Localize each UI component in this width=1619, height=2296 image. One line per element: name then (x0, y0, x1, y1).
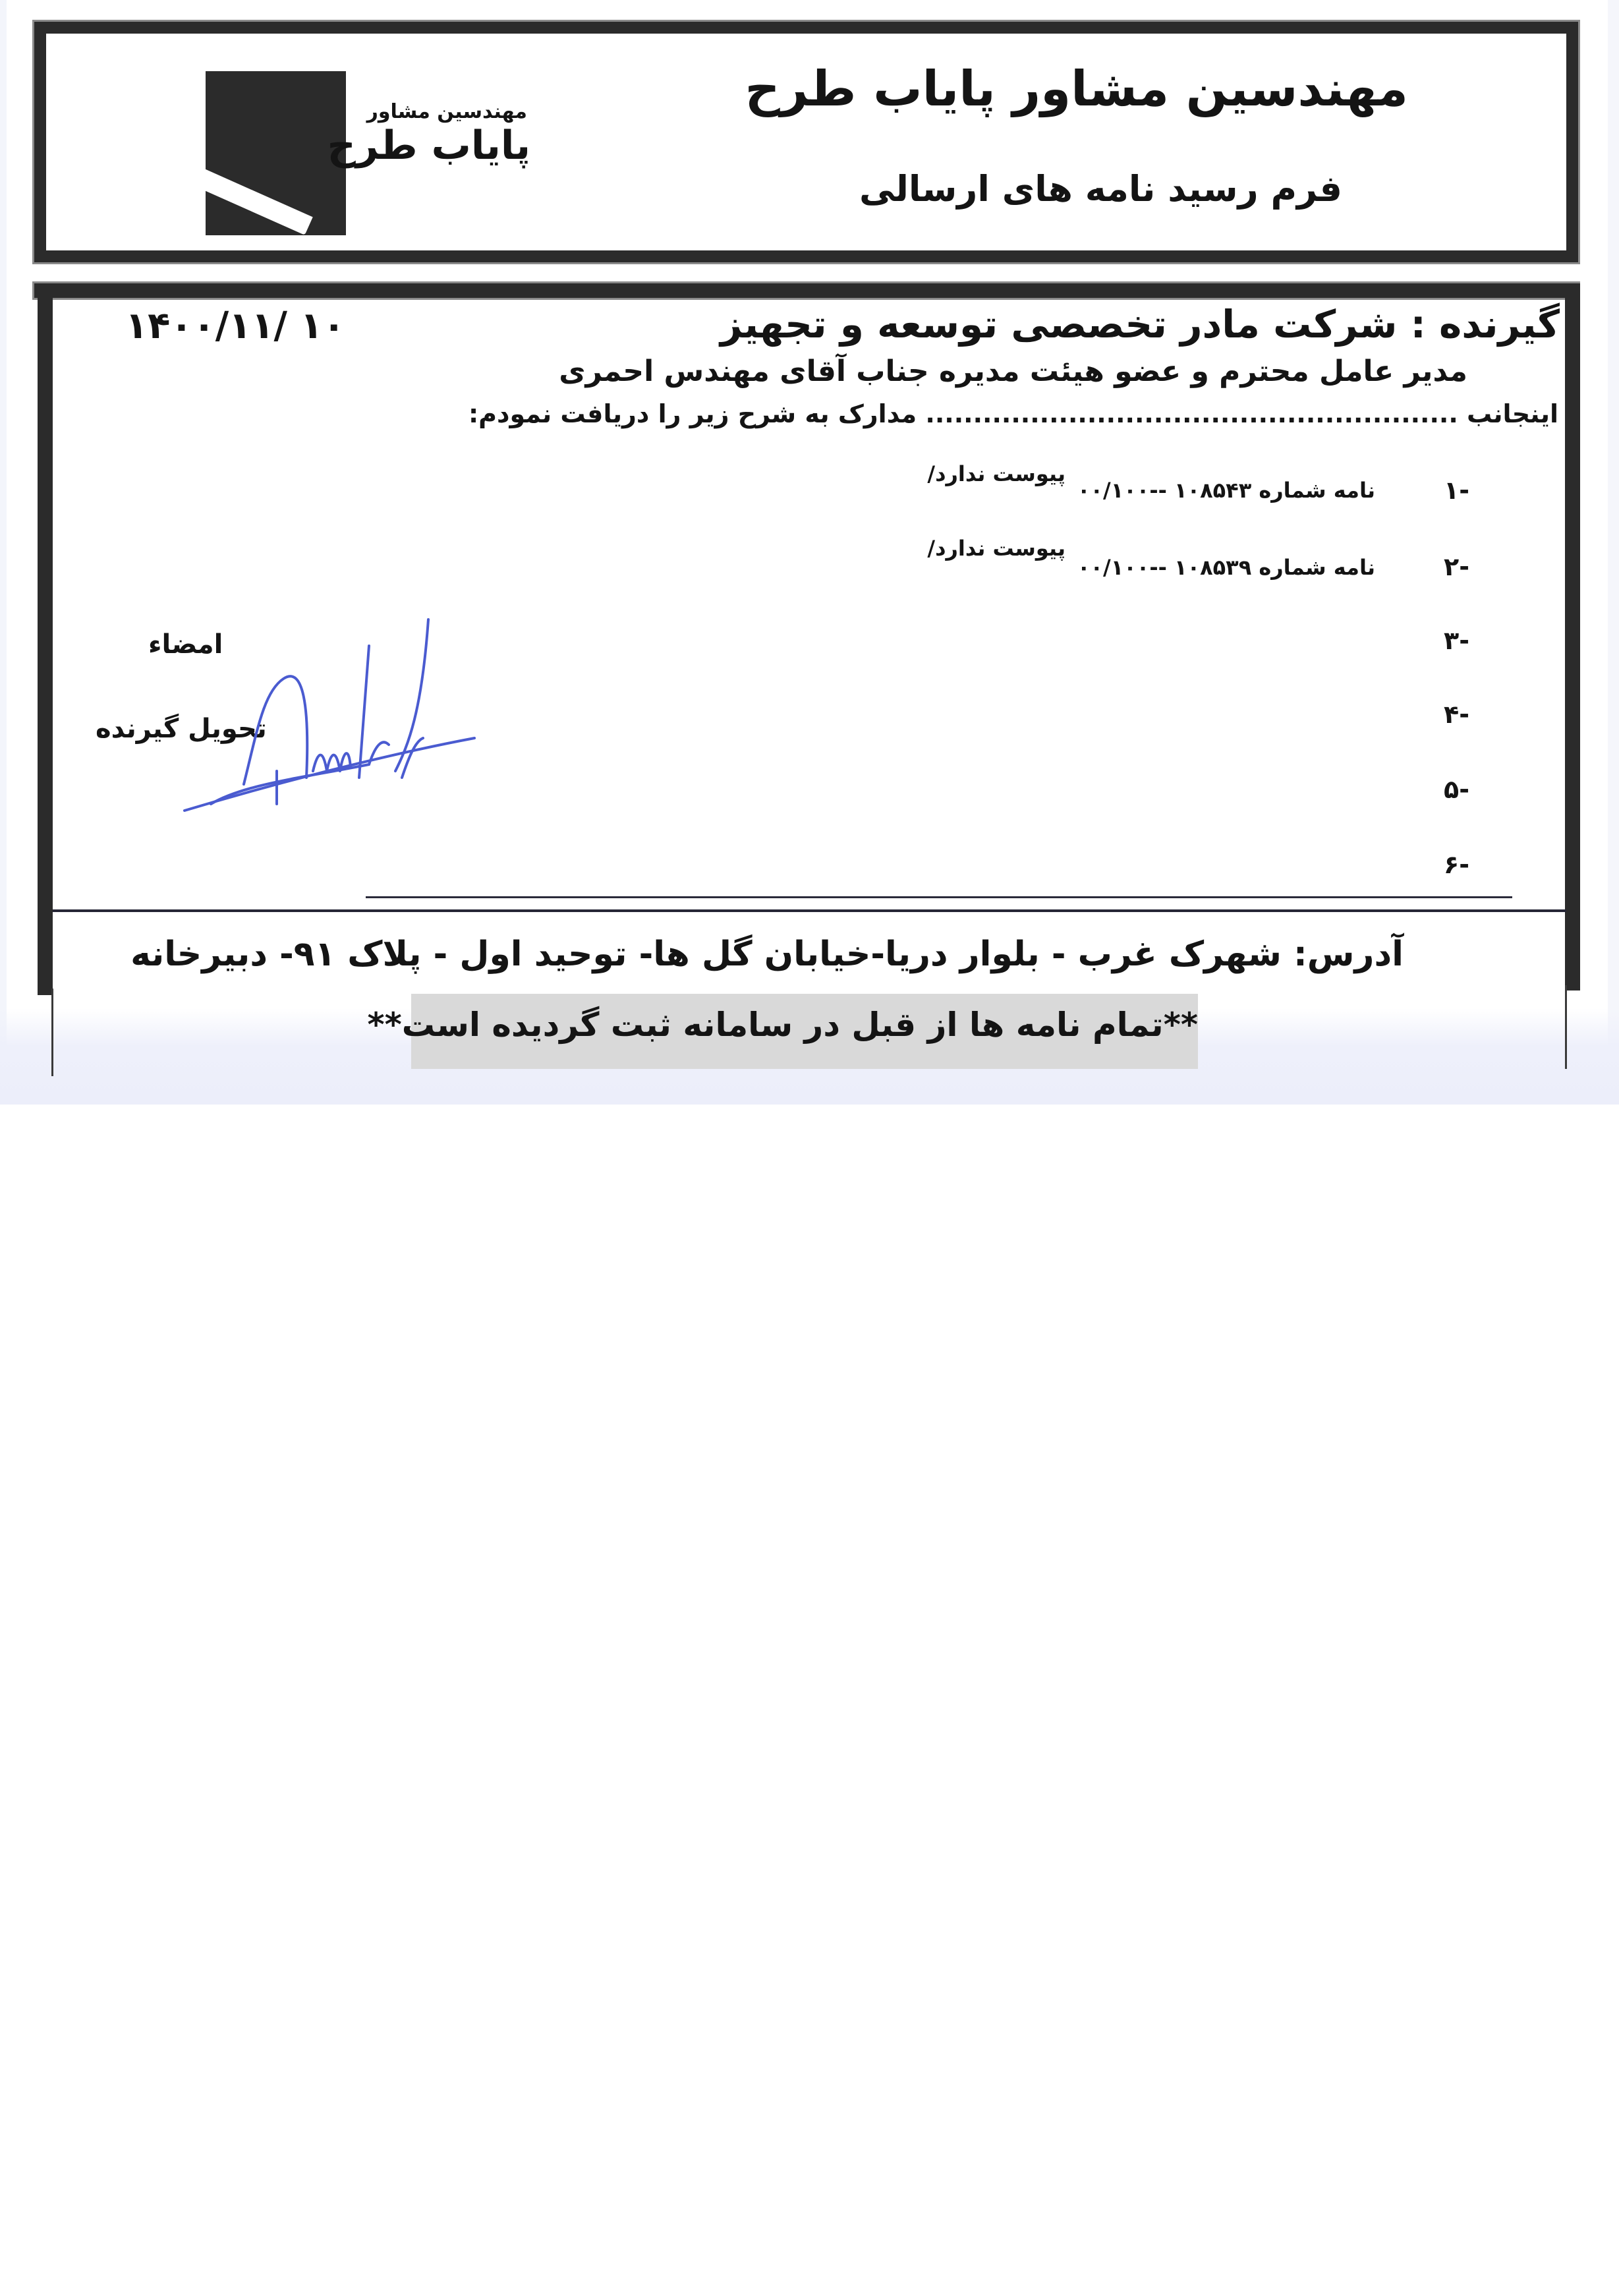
address: آدرس: شهرک غرب - بلوار دریا-خیابان گل ها… (211, 934, 1404, 974)
item-number: -۲ (1430, 552, 1469, 581)
footer-divider (53, 909, 1566, 912)
body-frame-left (38, 283, 53, 995)
logo-text-large: پایاب طرح (366, 123, 530, 169)
receipt-statement: اینجانب ................................… (469, 399, 1558, 428)
item-letter: نامه شماره ۱۰۸۵۳۹ --۰۰/۱۰۰ (1077, 555, 1375, 580)
item-attachment: پیوست ندارد/ (927, 536, 1065, 561)
logo-stripe (206, 163, 313, 235)
item-number: -۱ (1430, 476, 1469, 505)
body-frame-left-thin (51, 989, 53, 1076)
items-underline (366, 896, 1512, 898)
form-title: فرم رسید نامه های ارسالی (934, 168, 1342, 210)
body-frame-right (1565, 283, 1580, 990)
item-number: -۴ (1430, 700, 1469, 729)
scan-edge-left (0, 0, 7, 1105)
handwritten-signature-icon (171, 613, 481, 830)
date: ۱۴۰۰/۱۱/ ۱۰ (125, 304, 345, 347)
recipient: گیرنده : شرکت مادر تخصصی توسعه و تجهیز (720, 302, 1560, 347)
item-number: -۶ (1430, 850, 1469, 879)
notice-text: **تمام نامه ها از قبل در سامانه ثبت گردی… (411, 1006, 1198, 1044)
item-letter: نامه شماره ۱۰۸۵۴۳ --۰۰/۱۰۰ (1077, 478, 1375, 503)
item-number: -۵ (1430, 775, 1469, 804)
company-title: مهندسین مشاور پایاب طرح (841, 61, 1408, 117)
body-frame-right-thin (1565, 985, 1567, 1069)
scan-edge-right (1608, 0, 1619, 1105)
company-logo-mark-icon (206, 71, 346, 235)
logo-text-small: مهندسین مشاور (369, 100, 527, 123)
item-attachment: پیوست ندارد/ (927, 461, 1065, 486)
item-number: -۳ (1430, 626, 1469, 655)
body-frame-top (34, 283, 1578, 298)
addressee: مدیر عامل محترم و عضو هیئت مدیره جناب آق… (559, 355, 1467, 388)
